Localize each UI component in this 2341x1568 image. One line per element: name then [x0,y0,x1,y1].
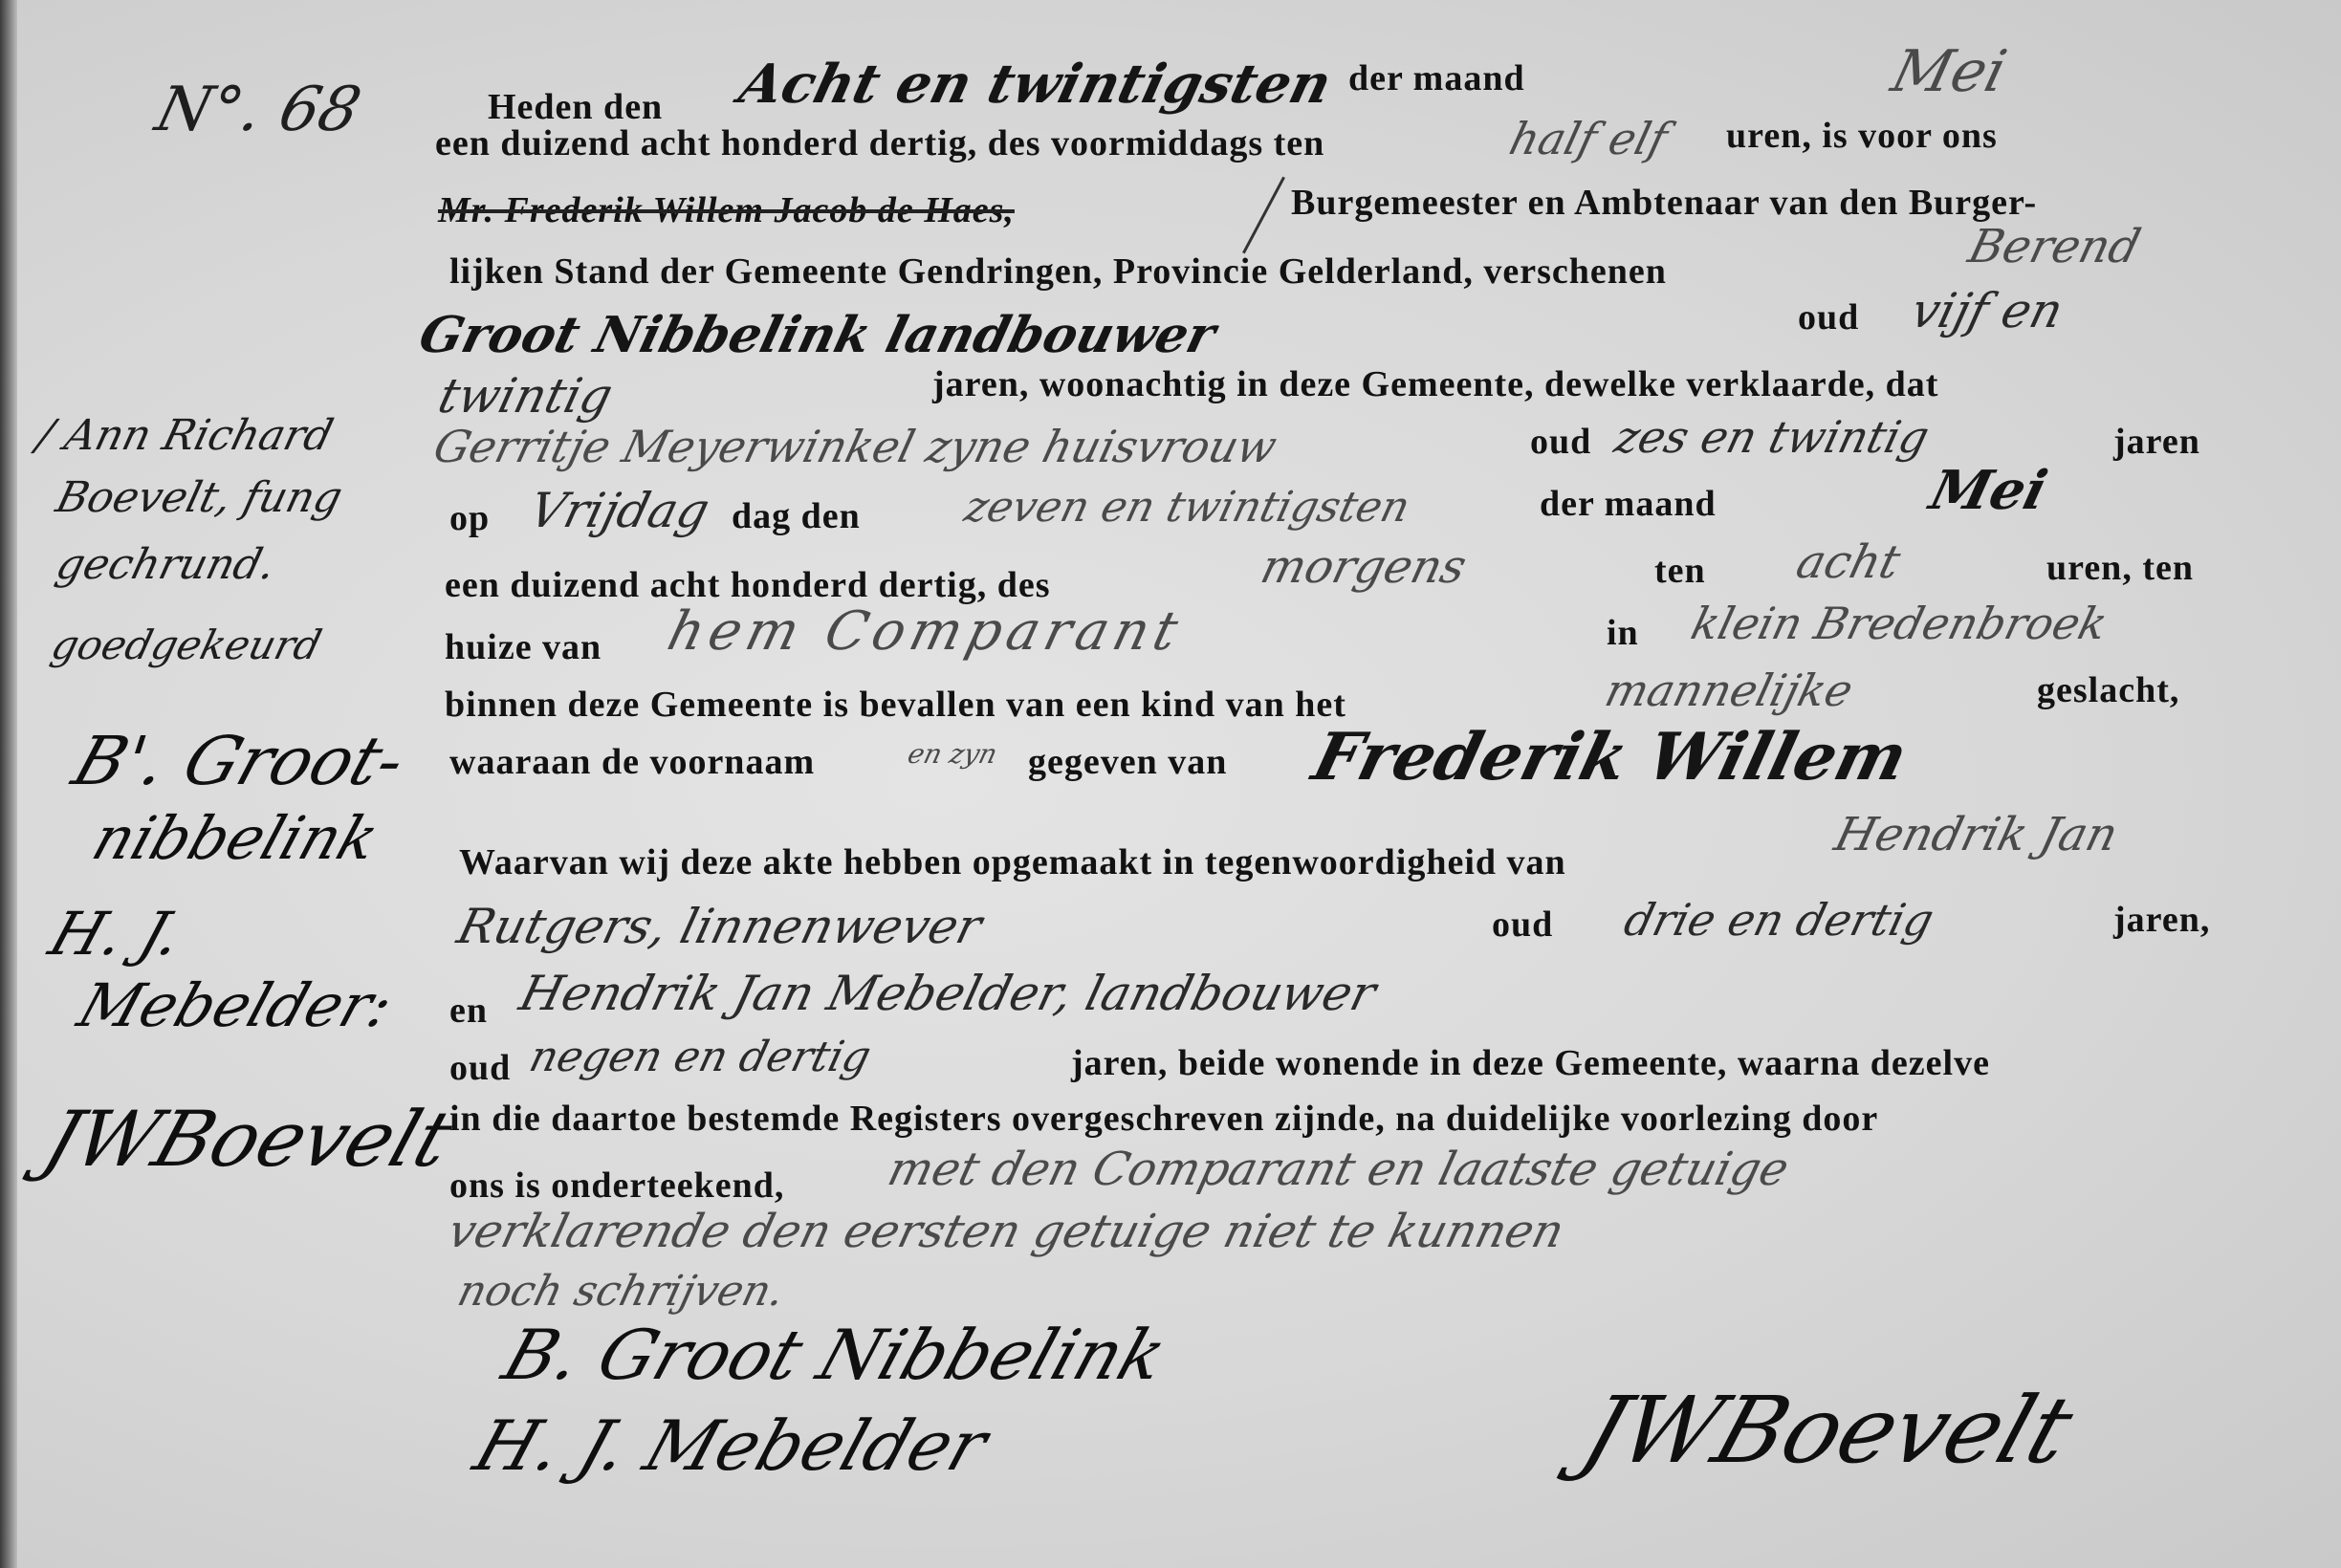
hand-closing-note-3: noch schrijven. [453,1267,790,1316]
hand-month: Mei [1885,38,2013,105]
hand-weekday: Vrijdag [524,483,715,538]
hand-birth-hour: acht [1791,535,1906,589]
record-number: N°. 68 [149,75,368,145]
hand-mother-age: zes en twintig [1609,411,1934,463]
hand-witness-2-name-occupation: Hendrik Jan Mebelder, landbouwer [514,966,1382,1021]
printed-der-maand-2: der maand [1540,483,1717,525]
hand-declarant-age-part-2: twintig [433,368,619,424]
printed-onderteekend: ons is onderteekend, [449,1165,784,1207]
printed-ten: ten [1654,550,1706,592]
hand-sex: mannelijke [1600,664,1858,716]
printed-oud-4: oud [449,1047,511,1089]
hand-witness-1-first-name: Hendrik Jan [1829,808,2123,861]
margin-signature-mebelder-line-1: H. J. [41,899,191,969]
printed-huize-van: huize van [445,626,602,668]
hand-declarant-surname-occupation: Groot Nibbelink landbouwer [413,306,1221,364]
hand-witness-1-surname-occupation: Rutgers, linnenwever [452,899,988,954]
hand-witness-2-age: negen en dertig [525,1033,876,1081]
printed-dag-den: dag den [732,495,861,537]
printed-woonachtig: jaren, woonachtig in deze Gemeente, dewe… [932,363,1938,405]
printed-beide-wonende: jaren, beide wonende in deze Gemeente, w… [1071,1042,1990,1084]
margin-note-line-2: Boevelt, fung [52,473,347,522]
hand-witness-1-age: drie en dertig [1619,894,1938,946]
hand-hour: half elf [1504,113,1673,164]
margin-note-line-3: gechrund. [52,540,281,589]
hand-birth-place: klein Bredenbroek [1686,598,2112,649]
printed-waaraan-voornaam: waaraan de voornaam [449,741,815,783]
printed-jaren-2: jaren, [2113,899,2210,941]
hand-time-of-day: morgens [1256,540,1472,594]
hand-insert-en-zyn: en zyn [905,738,1000,770]
page-binding-edge [0,0,17,1568]
printed-oud-2: oud [1530,421,1591,463]
signature-official: JWBoevelt [1570,1377,2086,1484]
printed-registers: in die daartoe bestemde Registers overge… [449,1098,1878,1140]
margin-signature-groot-line-1: B'. Groot- [64,722,415,800]
margin-signature-official: JWBoevelt [33,1095,463,1184]
hand-birth-day: zeven en twintigsten [960,483,1415,532]
signature-witness: H. J. Mebelder [465,1405,996,1486]
printed-binnen-gemeente: binnen deze Gemeente is bevallen van een… [445,684,1346,726]
margin-note-line-1: / Ann Richard [33,411,339,460]
printed-uren-ten: uren, ten [2046,547,2194,589]
insertion-mark [1242,177,1285,254]
printed-uren-voor-ons: uren, is voor ons [1726,115,1998,157]
hand-closing-note-2: verklarende den eersten getuige niet te … [443,1205,1569,1258]
printed-geslacht: geslacht, [2037,669,2179,711]
printed-oud-1: oud [1798,296,1859,338]
margin-signature-mebelder-line-2: Mebelder: [70,970,402,1040]
printed-burgemeester: Burgemeester en Ambtenaar van den Burger… [1291,182,2037,224]
printed-stand-gemeente: lijken Stand der Gemeente Gendringen, Pr… [449,250,1667,293]
printed-op: op [449,497,490,539]
hand-child-name: Frederik Willem [1305,719,1914,795]
signature-declarant: B. Groot Nibbelink [493,1315,1175,1395]
document-page: N°. 68 / Ann Richard Boevelt, fung gechr… [0,0,2341,1568]
margin-note-line-4: goedgekeurd [47,621,326,668]
hand-birth-house: hem Comparant [662,600,1190,663]
hand-mother-name: Gerritje Meyerwinkel zyne huisvrouw [428,421,1281,472]
hand-day: Acht en twintigsten [733,53,1338,116]
hand-closing-note-1: met den Comparant en laatste getuige [883,1143,1794,1196]
printed-year-time: een duizend acht honderd dertig, des voo… [435,122,1324,164]
hand-declarant-first-name: Berend [1963,220,2146,273]
hand-birth-month: Mei [1924,459,2053,522]
margin-signature-groot-line-2: nibbelink [84,803,387,873]
printed-in: in [1607,612,1639,654]
printed-der-maand: der maand [1348,57,1525,99]
printed-en: en [449,990,488,1032]
printed-jaren-1: jaren [2113,421,2200,463]
hand-declarant-age-part-1: vijf en [1906,283,2068,338]
printed-gegeven-van: gegeven van [1028,741,1227,783]
printed-waarvan-akte: Waarvan wij deze akte hebben opgemaakt i… [459,841,1566,883]
struck-official-name: Mr. Frederik Willem Jacob de Haes, [438,189,1015,231]
printed-oud-3: oud [1492,904,1553,946]
